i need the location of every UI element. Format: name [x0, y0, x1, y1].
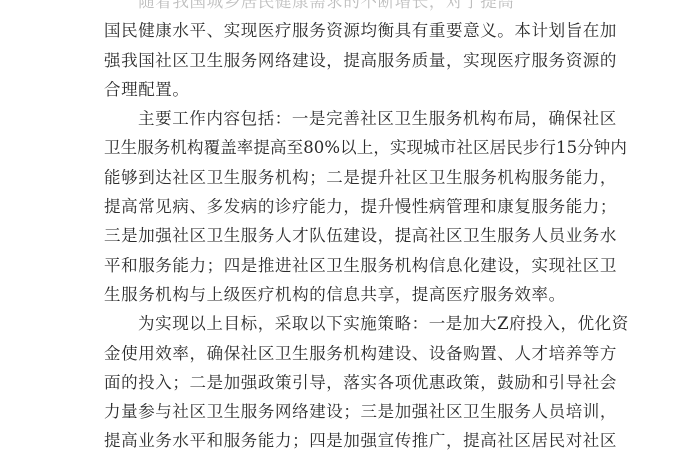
text-line: 卫生服务机构覆盖率提高至80%以上，实现城市社区居民步行15分钟内	[104, 133, 588, 162]
text-line: 生服务机构与上级医疗机构的信息共享，提高医疗服务效率。	[104, 280, 588, 309]
text-line: 国民健康水平、实现医疗服务资源均衡具有重要意义。本计划旨在加	[104, 16, 588, 45]
text-line: 提高常见病、多发病的诊疗能力，提升慢性病管理和康复服务能力；	[104, 192, 588, 221]
document-page: 随着我国城乡居民健康需求的不断增长，对于提高 国民健康水平、实现医疗服务资源均衡…	[0, 0, 700, 470]
text-line-cut: 随着我国城乡居民健康需求的不断增长，对于提高	[104, 0, 588, 16]
text-line: 平和服务能力；四是推进社区卫生服务机构信息化建设，实现社区卫	[104, 251, 588, 280]
text-line: 三是加强社区卫生服务人才队伍建设，提高社区卫生服务人员业务水	[104, 221, 588, 250]
text-line: 强我国社区卫生服务网络建设，提高服务质量，实现医疗服务资源的	[104, 46, 588, 75]
text-line: 能够到达社区卫生服务机构；二是提升社区卫生服务机构服务能力，	[104, 163, 588, 192]
text-line: 金使用效率，确保社区卫生服务机构建设、设备购置、人才培养等方	[104, 339, 588, 368]
text-line: 合理配置。	[104, 75, 588, 104]
document-body: 随着我国城乡居民健康需求的不断增长，对于提高 国民健康水平、实现医疗服务资源均衡…	[104, 0, 588, 456]
text-line: 提高业务水平和服务能力；四是加强宣传推广，提高社区居民对社区	[104, 426, 588, 455]
text-line: 面的投入；二是加强政策引导，落实各项优惠政策，鼓励和引导社会	[104, 368, 588, 397]
text-line: 力量参与社区卫生服务网络建设；三是加强社区卫生服务人员培训，	[104, 397, 588, 426]
paragraph-start-line: 为实现以上目标，采取以下实施策略：一是加大Z府投入，优化资	[104, 309, 588, 338]
paragraph-start-line: 主要工作内容包括：一是完善社区卫生服务机构布局，确保社区	[104, 104, 588, 133]
